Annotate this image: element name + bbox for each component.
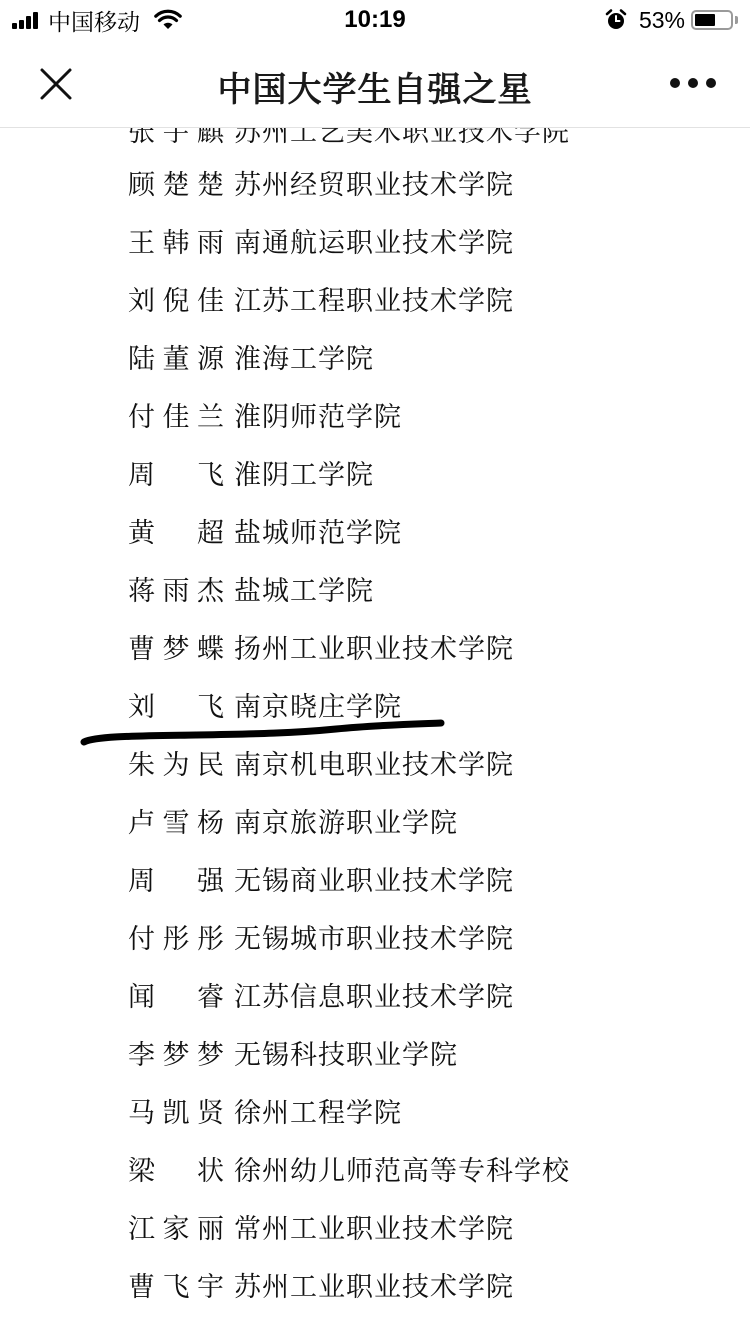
school-name: 徐州幼儿师范高等专科学校 [234, 1152, 570, 1192]
student-name: 朱为民 [128, 746, 224, 786]
list-item: 朱为民南京机电职业技术学院 [128, 746, 514, 786]
more-icon-dot [670, 78, 680, 88]
student-name: 江家丽 [128, 1210, 224, 1250]
list-item: 付彤彤无锡城市职业技术学院 [128, 920, 514, 960]
school-name: 淮阴师范学院 [234, 398, 402, 438]
school-name: 盐城师范学院 [234, 514, 402, 554]
school-name: 无锡科技职业学院 [234, 1036, 458, 1076]
alarm-icon [605, 9, 627, 31]
school-name: 盐城工学院 [234, 572, 374, 612]
student-name: 付佳兰 [128, 398, 224, 438]
battery-level [695, 14, 715, 26]
status-bar: 中国移动 10:19 53% [0, 0, 750, 40]
school-name: 扬州工业职业技术学院 [234, 630, 514, 670]
student-name: 顾楚楚 [128, 166, 224, 206]
nav-bar: 中国大学生自强之星 [0, 40, 750, 128]
list-item: 江家丽常州工业职业技术学院 [128, 1210, 514, 1250]
list-item: 闻睿江苏信息职业技术学院 [128, 978, 514, 1018]
list-item: 黄超盐城师范学院 [128, 514, 402, 554]
page-title: 中国大学生自强之星 [0, 62, 750, 111]
school-name: 淮阴工学院 [234, 456, 374, 496]
student-name: 闻睿 [128, 978, 224, 1018]
school-name: 南通航运职业技术学院 [234, 224, 514, 264]
student-name: 蒋雨杰 [128, 572, 224, 612]
list-item: 周强无锡商业职业技术学院 [128, 862, 514, 902]
list-item: 周飞淮阴工学院 [128, 456, 374, 496]
student-name: 陆董源 [128, 340, 224, 380]
student-name: 刘倪佳 [128, 282, 224, 322]
list-item: 刘倪佳江苏工程职业技术学院 [128, 282, 514, 322]
battery-tip [735, 16, 738, 24]
student-name: 李梦梦 [128, 1036, 224, 1076]
school-name: 淮海工学院 [234, 340, 374, 380]
list-item: 陆董源淮海工学院 [128, 340, 374, 380]
more-icon-dot [688, 78, 698, 88]
student-name: 周强 [128, 862, 224, 902]
student-name: 曹梦蝶 [128, 630, 224, 670]
list-item: 王韩雨南通航运职业技术学院 [128, 224, 514, 264]
more-icon-dot [706, 78, 716, 88]
student-name: 梁状 [128, 1152, 224, 1192]
school-name: 苏州经贸职业技术学院 [234, 166, 514, 206]
battery-percent: 53% [639, 7, 685, 34]
list-item: 曹飞宇苏州工业职业技术学院 [128, 1268, 514, 1308]
school-name: 无锡商业职业技术学院 [234, 862, 514, 902]
student-name: 曹飞宇 [128, 1268, 224, 1308]
battery-icon [691, 10, 733, 30]
list-item: 李梦梦无锡科技职业学院 [128, 1036, 458, 1076]
list-item: 顾楚楚苏州经贸职业技术学院 [128, 166, 514, 206]
school-name: 苏州工业职业技术学院 [234, 1268, 514, 1308]
list-item: 曹梦蝶扬州工业职业技术学院 [128, 630, 514, 670]
more-button[interactable] [670, 74, 716, 92]
school-name: 江苏工程职业技术学院 [234, 282, 514, 322]
school-name: 南京机电职业技术学院 [234, 746, 514, 786]
student-name: 周飞 [128, 456, 224, 496]
school-name: 南京旅游职业学院 [234, 804, 458, 844]
school-name: 徐州工程学院 [234, 1094, 402, 1134]
student-name: 王韩雨 [128, 224, 224, 264]
school-name: 常州工业职业技术学院 [234, 1210, 514, 1250]
school-name: 江苏信息职业技术学院 [234, 978, 514, 1018]
student-name: 付彤彤 [128, 920, 224, 960]
list-item: 卢雪杨南京旅游职业学院 [128, 804, 458, 844]
list-item: 付佳兰淮阴师范学院 [128, 398, 402, 438]
list-item: 梁状徐州幼儿师范高等专科学校 [128, 1152, 570, 1192]
list-item: 蒋雨杰盐城工学院 [128, 572, 374, 612]
list-item: 马凯贤徐州工程学院 [128, 1094, 402, 1134]
school-name: 无锡城市职业技术学院 [234, 920, 514, 960]
hand-drawn-underline [76, 718, 448, 748]
student-name: 黄超 [128, 514, 224, 554]
status-right: 53% [605, 6, 738, 34]
student-name: 马凯贤 [128, 1094, 224, 1134]
award-list[interactable]: 张宇麒苏州工艺美术职业技术学院顾楚楚苏州经贸职业技术学院王韩雨南通航运职业技术学… [0, 0, 750, 1334]
student-name: 卢雪杨 [128, 804, 224, 844]
